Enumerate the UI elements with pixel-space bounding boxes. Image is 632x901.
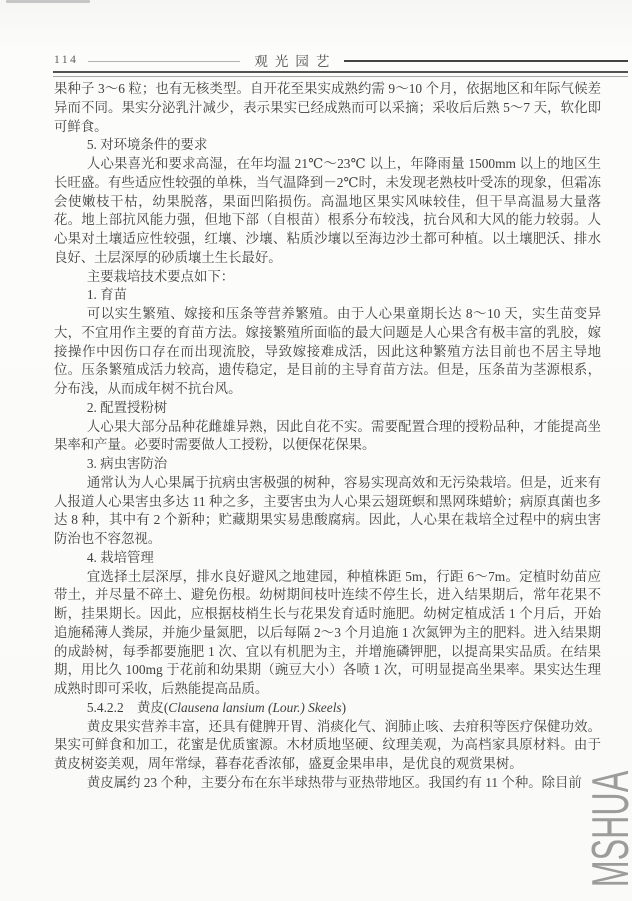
page-body-text: 果种子 3～6 粒；也有无核类型。自开花至果实成熟约需 9～10 个月，依据地区… xyxy=(54,80,601,793)
sub-heading: 3. 病虫害防治 xyxy=(54,455,601,474)
book-title: 观光园艺 xyxy=(240,50,344,70)
paragraph: 人心果大部分品种花雌雄异熟，因此自花不实。需要配置合理的授粉品种，才能提高坐果率… xyxy=(54,418,601,456)
paragraph: 黄皮果实营养丰富，还具有健脾开胃、消痰化气、润肺止咳、去疳积等医疗保健功效。果实… xyxy=(54,718,601,774)
header-rule-left xyxy=(88,61,240,62)
paragraph: 可以实生繁殖、嫁接和压条等营养繁殖。由于人心果童期长达 8～10 天，实生苗变异… xyxy=(54,305,601,399)
header-rule-thin xyxy=(53,76,628,77)
scanned-book-page: 114 观光园艺 果种子 3～6 粒；也有无核类型。自开花至果实成熟约需 9～1… xyxy=(0,0,632,901)
paragraph: 果种子 3～6 粒；也有无核类型。自开花至果实成熟约需 9～10 个月，依据地区… xyxy=(54,80,601,136)
scan-artifact-bar xyxy=(6,0,90,3)
watermark: MSHUA xyxy=(581,767,632,891)
section-heading: 5.4.2.2 黄皮(Clausena lansium (Lour.) Skee… xyxy=(54,699,601,718)
paragraph: 宜选择土层深厚，排水良好避风之地建园，种植株距 5m，行距 6～7m。定植时幼苗… xyxy=(54,568,601,699)
latin-species-name: Clausena lansium (Lour.) Skeels xyxy=(168,700,341,715)
header-rule-right xyxy=(344,60,628,63)
sub-heading: 1. 育苗 xyxy=(54,286,601,305)
paragraph: 通常认为人心果属于抗病虫害极强的树种，容易实现高效和无污染栽培。但是，近来有人报… xyxy=(54,474,601,549)
page-number: 114 xyxy=(54,54,78,66)
sub-heading: 4. 栽培管理 xyxy=(54,549,601,568)
paragraph: 黄皮属约 23 个种，主要分布在东半球热带与亚热带地区。我国约有 11 个种。除… xyxy=(54,774,601,793)
sub-heading: 5. 对环境条件的要求 xyxy=(54,136,601,155)
paragraph: 人心果喜光和要求高湿，在年均温 21℃～23℃ 以上，年降雨量 1500mm 以… xyxy=(54,155,601,268)
header-rule-thick xyxy=(53,71,628,73)
running-header: 114 观光园艺 xyxy=(54,51,628,68)
sub-heading: 2. 配置授粉树 xyxy=(54,399,601,418)
paragraph: 主要栽培技术要点如下： xyxy=(54,268,601,287)
